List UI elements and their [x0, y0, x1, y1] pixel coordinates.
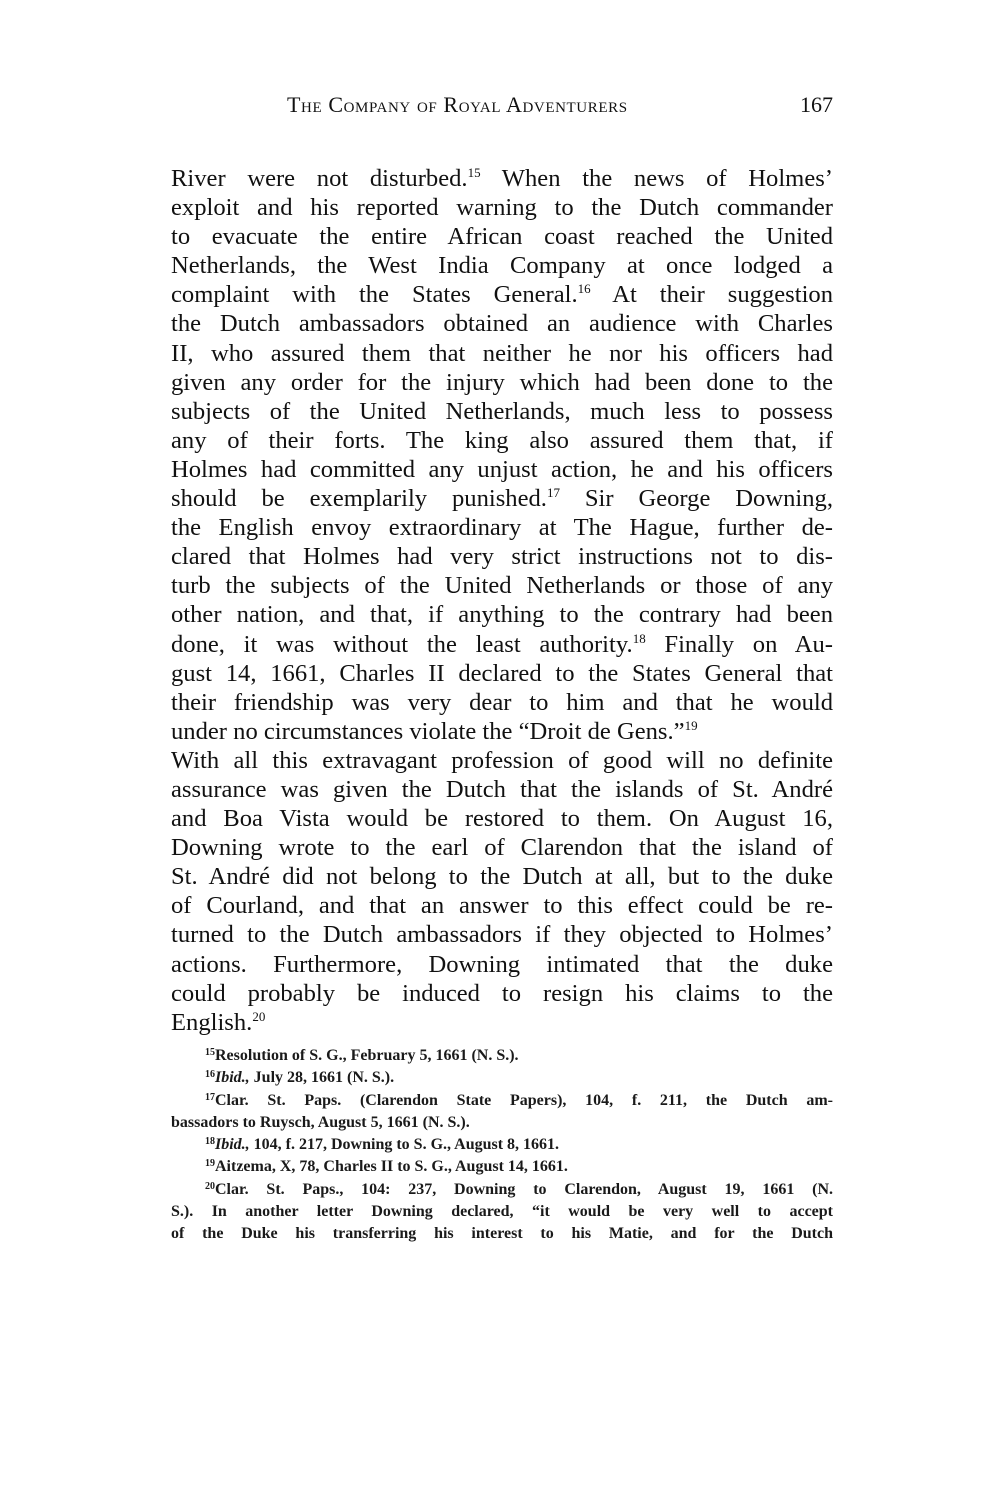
text-line: subjects of the United Netherlands, much… [171, 397, 833, 426]
text-segment: should be exemplarily punished. [171, 485, 547, 512]
text-segment: With all this extravagant profession of … [171, 747, 833, 774]
text-line: turned to the Dutch ambassadors if they … [171, 920, 833, 949]
text-line: English.20 [171, 1008, 833, 1037]
text-line: clared that Holmes had very strict instr… [171, 542, 833, 571]
text-line: Netherlands, the West India Company at o… [171, 251, 833, 280]
text-segment: the English envoy extraordinary at The H… [171, 514, 833, 541]
text-line: turb the subjects of the United Netherla… [171, 571, 833, 600]
text-segment: of Courland, and that an answer to this … [171, 892, 833, 919]
footnote-20: 20Clar. St. Paps., 104: 237, Downing to … [171, 1179, 833, 1201]
running-head-title: The Company of Royal Adventurers [287, 92, 628, 118]
text-segment: Downing wrote to the earl of Clarendon t… [171, 834, 833, 861]
footnote-number: 16 [205, 1069, 215, 1080]
text-segment: At their suggestion [591, 281, 833, 308]
footnote-text: Resolution of S. G., February 5, 1661 (N… [215, 1047, 519, 1064]
text-segment: Sir George Downing, [560, 485, 833, 512]
footnote-text: 104, f. 217, Downing to S. G., August 8,… [250, 1136, 559, 1153]
text-segment: When the news of Holmes’ [481, 165, 833, 192]
text-segment: to evacuate the entire African coast rea… [171, 223, 833, 250]
text-line: With all this extravagant profession of … [171, 746, 833, 775]
text-segment: Holmes had committed any unjust action, … [171, 456, 833, 483]
text-line: St. André did not belong to the Dutch at… [171, 862, 833, 891]
footnote-16: 16Ibid., July 28, 1661 (N. S.). [171, 1067, 833, 1089]
text-line: Holmes had committed any unjust action, … [171, 455, 833, 484]
text-segment: and Boa Vista would be restored to them.… [171, 805, 833, 832]
text-line: given any order for the injury which had… [171, 368, 833, 397]
footnote-ref[interactable]: 17 [547, 485, 560, 500]
text-segment: Netherlands, the West India Company at o… [171, 252, 833, 279]
text-segment: clared that Holmes had very strict instr… [171, 543, 833, 570]
text-line: gust 14, 1661, Charles II declared to th… [171, 659, 833, 688]
text-line: to evacuate the entire African coast rea… [171, 222, 833, 251]
footnote-number: 20 [205, 1181, 215, 1192]
text-segment: turb the subjects of the United Netherla… [171, 572, 833, 599]
text-segment: gust 14, 1661, Charles II declared to th… [171, 660, 833, 687]
footnote-text: July 28, 1661 (N. S.). [250, 1069, 394, 1086]
text-segment: other nation, and that, if anything to t… [171, 601, 833, 628]
footnote-ref[interactable]: 20 [252, 1009, 265, 1024]
text-segment: could probably be induced to resign his … [171, 980, 833, 1007]
text-line: their friendship was very dear to him an… [171, 688, 833, 717]
footnote-ref[interactable]: 19 [685, 718, 698, 733]
footnote-text: Clar. St. Paps., 104: 237, Downing to Cl… [215, 1181, 833, 1198]
footnote-ref[interactable]: 18 [633, 631, 646, 646]
footnote-15: 15Resolution of S. G., February 5, 1661 … [171, 1045, 833, 1067]
footnote-ibid: Ibid., [215, 1069, 250, 1086]
text-line: II, who assured them that neither he nor… [171, 339, 833, 368]
text-line: any of their forts. The king also assure… [171, 426, 833, 455]
footnote-19: 19Aitzema, X, 78, Charles II to S. G., A… [171, 1156, 833, 1178]
footnote-ref[interactable]: 15 [468, 165, 481, 180]
text-line: Downing wrote to the earl of Clarendon t… [171, 833, 833, 862]
text-line: under no circumstances violate the “Droi… [171, 717, 833, 746]
text-line: River were not disturbed.15 When the new… [171, 164, 833, 193]
text-segment: their friendship was very dear to him an… [171, 689, 833, 716]
page-number: 167 [800, 92, 833, 118]
footnote-ibid: Ibid., [215, 1136, 250, 1153]
text-segment: II, who assured them that neither he nor… [171, 340, 833, 367]
footnote-number: 15 [205, 1047, 215, 1058]
footnote-number: 17 [205, 1092, 215, 1103]
footnotes: 15Resolution of S. G., February 5, 1661 … [171, 1045, 833, 1246]
text-segment: given any order for the injury which had… [171, 369, 833, 396]
text-segment: English. [171, 1009, 252, 1036]
text-line: actions. Furthermore, Downing intimated … [171, 950, 833, 979]
footnote-number: 18 [205, 1136, 215, 1147]
text-segment: Finally on Au- [646, 631, 833, 658]
text-line: other nation, and that, if anything to t… [171, 600, 833, 629]
footnote-18: 18Ibid., 104, f. 217, Downing to S. G., … [171, 1134, 833, 1156]
footnote-continuation: bassadors to Ruysch, August 5, 1661 (N. … [171, 1112, 833, 1134]
text-segment: subjects of the United Netherlands, much… [171, 398, 833, 425]
footnote-continuation: S.). In another letter Downing declared,… [171, 1201, 833, 1223]
text-segment: done, it was without the least authority… [171, 631, 633, 658]
text-segment: under no circumstances violate the “Droi… [171, 718, 685, 745]
footnote-text: Clar. St. Paps. (Clarendon State Papers)… [215, 1092, 833, 1109]
footnote-number: 19 [205, 1158, 215, 1169]
text-line: of Courland, and that an answer to this … [171, 891, 833, 920]
text-segment: St. André did not belong to the Dutch at… [171, 863, 833, 890]
text-line: and Boa Vista would be restored to them.… [171, 804, 833, 833]
text-line: complaint with the States General.16 At … [171, 280, 833, 309]
text-line: should be exemplarily punished.17 Sir Ge… [171, 484, 833, 513]
text-segment: the Dutch ambassadors obtained an audien… [171, 310, 833, 337]
text-segment: any of their forts. The king also assure… [171, 427, 833, 454]
text-line: assurance was given the Dutch that the i… [171, 775, 833, 804]
footnote-ref[interactable]: 16 [578, 281, 591, 296]
text-line: exploit and his reported warning to the … [171, 193, 833, 222]
text-line: the Dutch ambassadors obtained an audien… [171, 309, 833, 338]
footnote-continuation: of the Duke his transferring his interes… [171, 1223, 833, 1245]
text-segment: actions. Furthermore, Downing intimated … [171, 951, 833, 978]
footnote-17: 17Clar. St. Paps. (Clarendon State Paper… [171, 1090, 833, 1112]
text-segment: River were not disturbed. [171, 165, 468, 192]
text-segment: turned to the Dutch ambassadors if they … [171, 921, 833, 948]
text-line: the English envoy extraordinary at The H… [171, 513, 833, 542]
running-head: The Company of Royal Adventurers 167 [171, 92, 833, 122]
text-segment: assurance was given the Dutch that the i… [171, 776, 833, 803]
text-segment: complaint with the States General. [171, 281, 578, 308]
text-line: could probably be induced to resign his … [171, 979, 833, 1008]
body-paragraph: River were not disturbed.15 When the new… [171, 164, 833, 1037]
text-line: done, it was without the least authority… [171, 630, 833, 659]
footnote-text: Aitzema, X, 78, Charles II to S. G., Aug… [215, 1158, 568, 1175]
text-segment: exploit and his reported warning to the … [171, 194, 833, 221]
